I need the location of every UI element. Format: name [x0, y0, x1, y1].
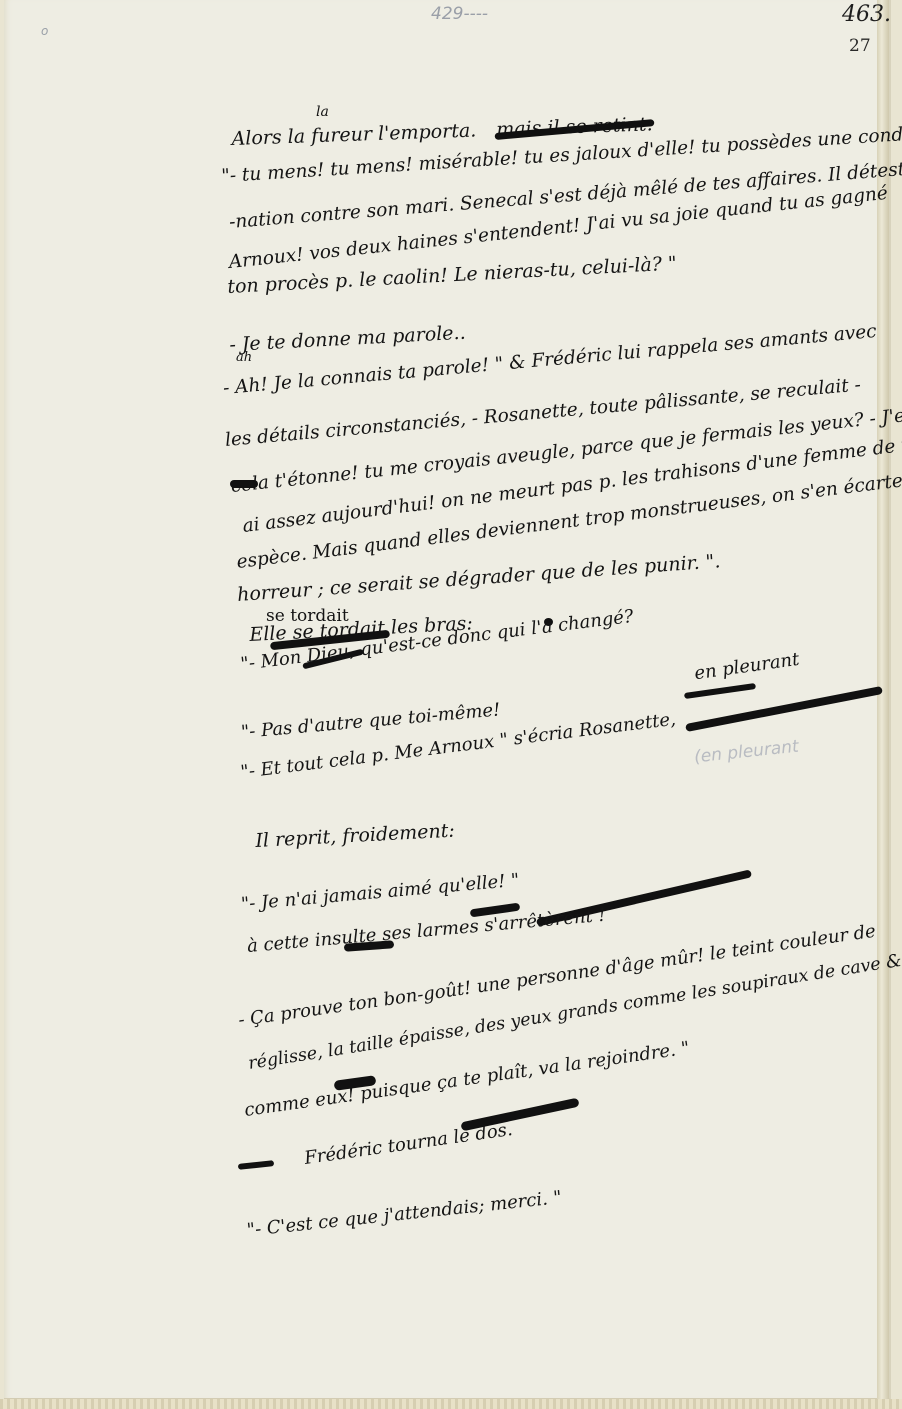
corner-mark: o [41, 24, 48, 38]
manuscript-line: Frédéric tourna le dos. [303, 1119, 514, 1169]
manuscript-line: Il reprit, froidement: [255, 820, 455, 852]
insert-above: ah [236, 350, 252, 365]
pencil-annotation: (en pleurant [693, 737, 799, 768]
page-number: 27 [849, 36, 871, 56]
struck-text: mais il se retint. [496, 113, 653, 140]
line-text: Alors la fureur l'emporta. [231, 119, 476, 150]
manuscript-line: - Je te donne ma parole.. [229, 322, 466, 356]
folio-ink-number: 463. [842, 2, 891, 27]
manuscript-line: "- C'est ce que j'attendais; merci. " [246, 1187, 563, 1241]
insert-se-tordait: se tordait [266, 606, 349, 626]
ink-strike [230, 480, 258, 488]
struck-phrase: mais il se retint. [496, 113, 653, 140]
ink-strike [684, 683, 756, 699]
page-edge [877, 0, 889, 1409]
ink-strike [238, 1160, 274, 1170]
insert-above: la [316, 104, 329, 120]
page-bottom-edge [0, 1399, 902, 1409]
manuscript-page: o 429---- 463. 27 Alors la fureur l'empo… [4, 0, 891, 1400]
insert-en-pleurant: en pleurant [693, 649, 801, 685]
folio-pencil-number: 429---- [431, 4, 488, 24]
manuscript-line: à cette insulte ses larmes s'arrêtèrent … [246, 905, 606, 957]
